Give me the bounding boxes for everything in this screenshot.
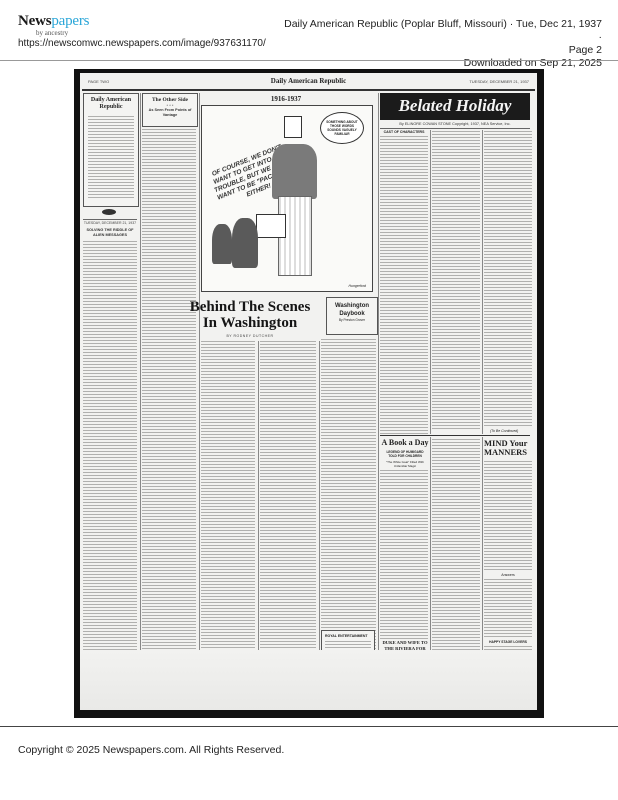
daybook-title-1: Washington — [327, 302, 377, 310]
book-a-day-subhead: LEGEND OF HUMIGARD TOLD FOR CHILDREN — [382, 450, 428, 458]
column-1-text — [83, 241, 137, 696]
cast-heading: CAST OF CHARACTERS — [380, 130, 428, 134]
daybook-byline: By Preston Grover — [327, 318, 377, 322]
column-rule — [199, 93, 200, 710]
column-rule — [482, 130, 483, 434]
logo-byline: by ancestry — [36, 29, 89, 37]
stage-lovers-heading: HAPPY STAGE LOVERS — [484, 640, 532, 644]
nameplate-title: Daily American Republic — [84, 97, 138, 111]
daybook-title-2: Daybook — [327, 310, 377, 318]
logo-primary: News — [18, 13, 51, 29]
newspaper-page: PAGE TWO Daily American Republic TUESDAY… — [80, 73, 537, 710]
serial-banner: Belated Holiday — [380, 93, 530, 120]
serial-subtitle: By ELINORE COWAN STONE Copyright, 1937, … — [380, 122, 530, 126]
masthead-date: TUESDAY, DECEMBER 21, 1937 — [469, 79, 529, 84]
manners-answers — [484, 579, 532, 639]
behind-scenes-headline: Behind The Scenes In Washington — [180, 299, 320, 331]
speech-bubble: SOMETHING ABOUT THOSE WORDS SOUNDS VAGUE… — [320, 112, 364, 144]
daybook-title: Washington Daybook — [327, 302, 377, 318]
sign-box — [256, 214, 286, 238]
column-rule — [140, 93, 141, 710]
figure-left — [212, 224, 232, 264]
headline-line-1: Behind The Scenes — [180, 299, 320, 315]
cartoon-signature: Hungerford — [348, 284, 366, 288]
daybook-box: Washington Daybook By Preston Grover — [326, 297, 378, 335]
page-masthead: PAGE TWO Daily American Republic TUESDAY… — [82, 75, 535, 91]
column-3-text — [201, 341, 255, 701]
editorial-headline: SOLVING THE RIDDLE OF ALIEN MESSAGES — [85, 228, 135, 238]
uncle-sam-hat — [284, 116, 302, 138]
image-url[interactable]: https://newscomwc.newspapers.com/image/9… — [18, 38, 266, 49]
behind-scenes-byline: BY RODNEY DUTCHER — [190, 334, 310, 338]
column-rule — [430, 130, 431, 434]
masthead-title: Daily American Republic — [82, 77, 535, 85]
other-side-box: The Other Side * * * As Seen From Points… — [142, 93, 198, 127]
column-4-text — [260, 341, 316, 701]
cartoon-years: 1916-1937 — [201, 95, 371, 103]
newspapers-logo[interactable]: Newspapers by ancestry — [18, 14, 89, 37]
editorial-date: TUESDAY, DECEMBER 21, 1937 — [83, 221, 137, 225]
nameplate-text — [88, 116, 134, 200]
divider — [83, 219, 137, 220]
column-rule — [378, 93, 379, 710]
book-a-day-title: A Book a Day — [380, 438, 430, 447]
serial-column-3 — [484, 131, 532, 427]
logo-wordmark: Newspapers — [18, 14, 89, 29]
column-2-text — [142, 129, 196, 699]
royal-headline: ROYAL ENTERTAINMENT — [325, 634, 371, 638]
serial-column-1 — [380, 136, 428, 436]
manners-title: MIND Your MANNERS — [484, 439, 532, 457]
ornament — [102, 209, 116, 215]
answers-heading: Answers — [484, 573, 532, 577]
divider — [380, 128, 530, 129]
book-a-day-text — [380, 470, 428, 640]
figure-center — [232, 218, 258, 268]
serial-column-2 — [432, 131, 480, 431]
manners-title-2: MANNERS — [484, 448, 532, 457]
clipping-meta: Daily American Republic (Poplar Bluff, M… — [282, 18, 602, 70]
continued-note: (To Be Continued) — [490, 429, 518, 433]
divider — [380, 435, 530, 436]
newspaper-scan: PAGE TWO Daily American Republic TUESDAY… — [74, 69, 544, 718]
nameplate-box: Daily American Republic — [83, 93, 139, 207]
logo-secondary: papers — [51, 13, 89, 29]
manners-questions — [484, 461, 532, 571]
uncle-sam-coat — [272, 144, 317, 199]
header-divider — [0, 60, 618, 61]
editorial-cartoon: SOMETHING ABOUT THOSE WORDS SOUNDS VAGUE… — [201, 105, 373, 292]
page-margin — [80, 650, 537, 710]
other-side-subtitle: As Seen From Points of Vantage — [143, 108, 197, 118]
copyright-notice: Copyright © 2025 Newspapers.com. All Rig… — [18, 744, 284, 756]
page-number: Page 2 — [282, 44, 602, 57]
bubble-text: SOMETHING ABOUT THOSE WORDS SOUNDS VAGUE… — [321, 120, 363, 136]
footer-divider — [0, 726, 618, 727]
book-a-day-subhead-2: "The White Goat" Filled With Unfamiliar … — [382, 460, 428, 468]
publication-line: Daily American Republic (Poplar Bluff, M… — [282, 18, 602, 44]
headline-line-2: In Washington — [180, 315, 320, 331]
